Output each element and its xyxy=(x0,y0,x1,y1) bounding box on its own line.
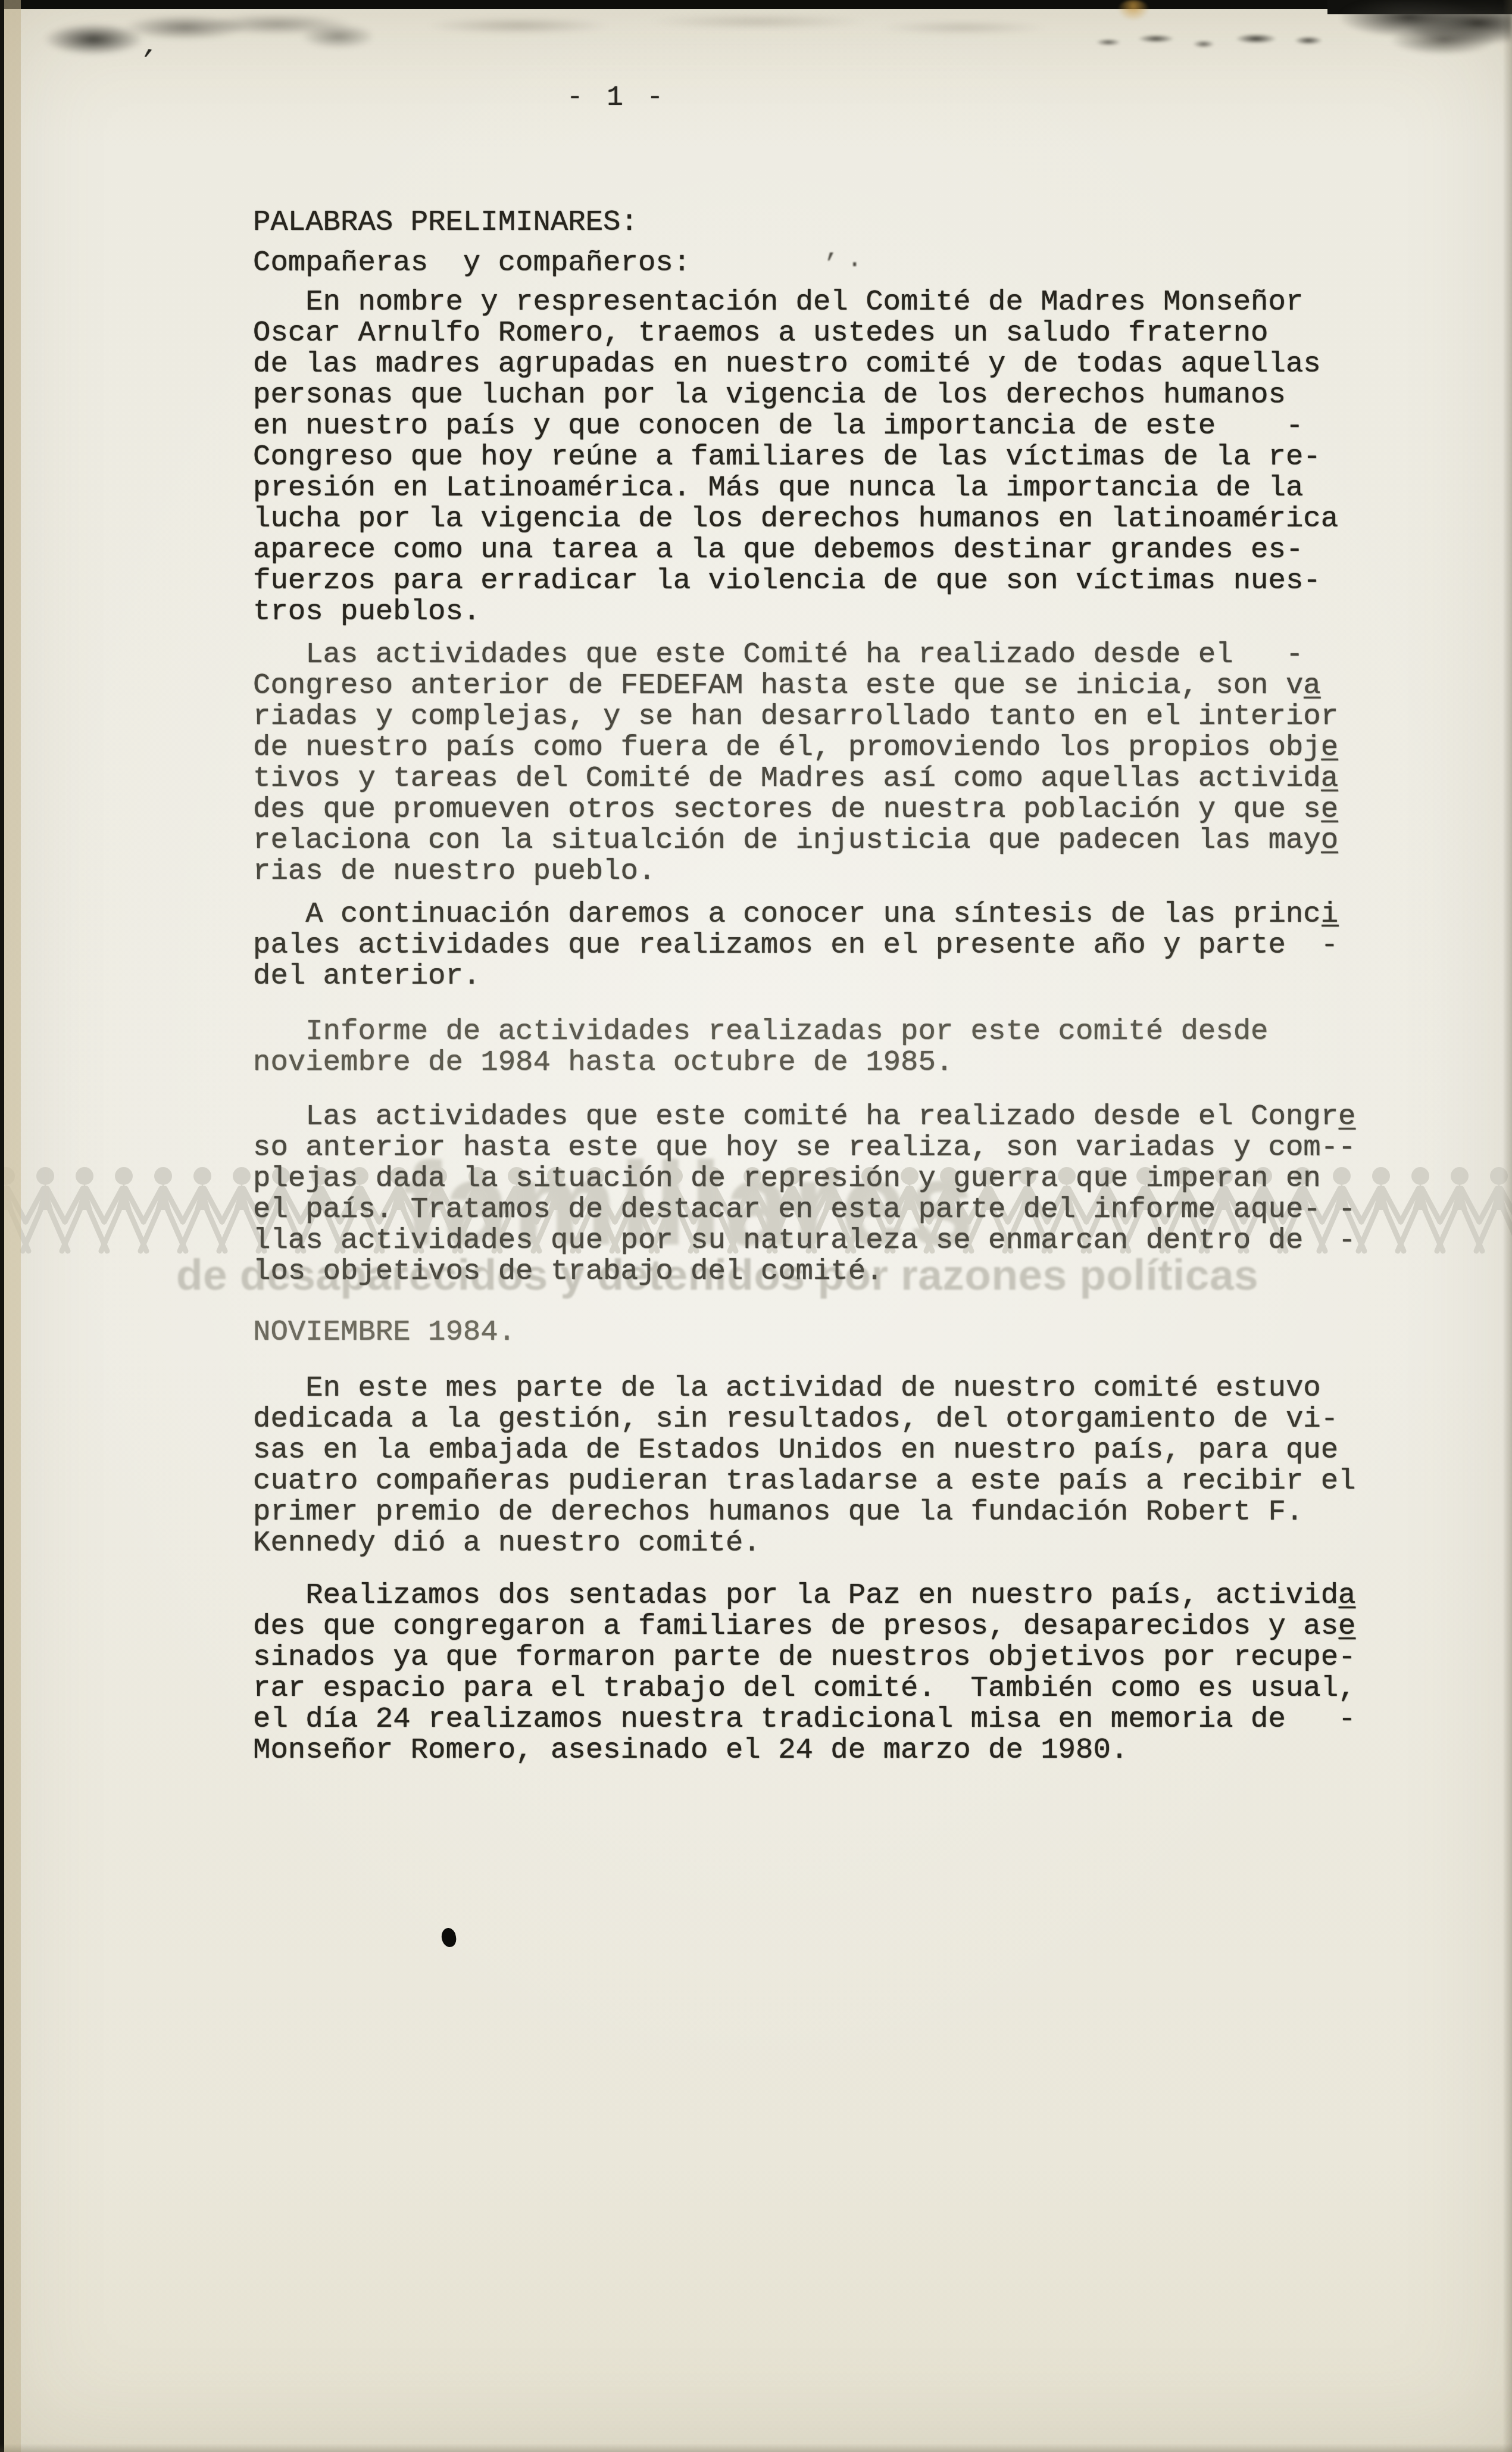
scan-edge-left xyxy=(0,0,4,2452)
ink-smudge-top-left xyxy=(33,4,372,63)
paper-edge-left xyxy=(4,0,21,2452)
page-number: - 1 - xyxy=(567,82,667,113)
paper-stain xyxy=(1118,0,1149,20)
ink-smudge-top-right-corner xyxy=(1341,0,1512,57)
section-heading-noviembre-1984: NOVIEMBRE 1984. xyxy=(253,1317,1396,1347)
paragraph-4: Informe de actividades realizadas por es… xyxy=(253,1016,1396,1078)
salutation-line: Compañeras y compañeros: xyxy=(253,247,1396,278)
paragraph-2: Las actividades que este Comité ha reali… xyxy=(253,639,1396,887)
document-body: PALABRAS PRELIMINARES: Compañeras y comp… xyxy=(253,207,1396,1765)
scanned-document-page: familiares de desaparecidos y detenidos … xyxy=(0,0,1512,2452)
paragraph-6: En este mes parte de la actividad de nue… xyxy=(253,1372,1396,1558)
paper-edge-bottom xyxy=(0,2444,1512,2452)
paragraph-1: En nombre y respresentación del Comité d… xyxy=(253,286,1396,627)
document-heading: PALABRAS PRELIMINARES: xyxy=(253,207,1396,238)
ink-smudge-top-center xyxy=(381,6,1066,45)
paragraph-7: Realizamos dos sentadas por la Paz en nu… xyxy=(253,1580,1396,1765)
paragraph-5: Las actividades que este comité ha reali… xyxy=(253,1101,1396,1287)
paragraph-3: A continuación daremos a conocer una sín… xyxy=(253,899,1396,991)
ink-dot xyxy=(441,1927,457,1948)
ink-specks-top-right xyxy=(1089,23,1327,58)
paper-edge-right xyxy=(1502,0,1512,2452)
